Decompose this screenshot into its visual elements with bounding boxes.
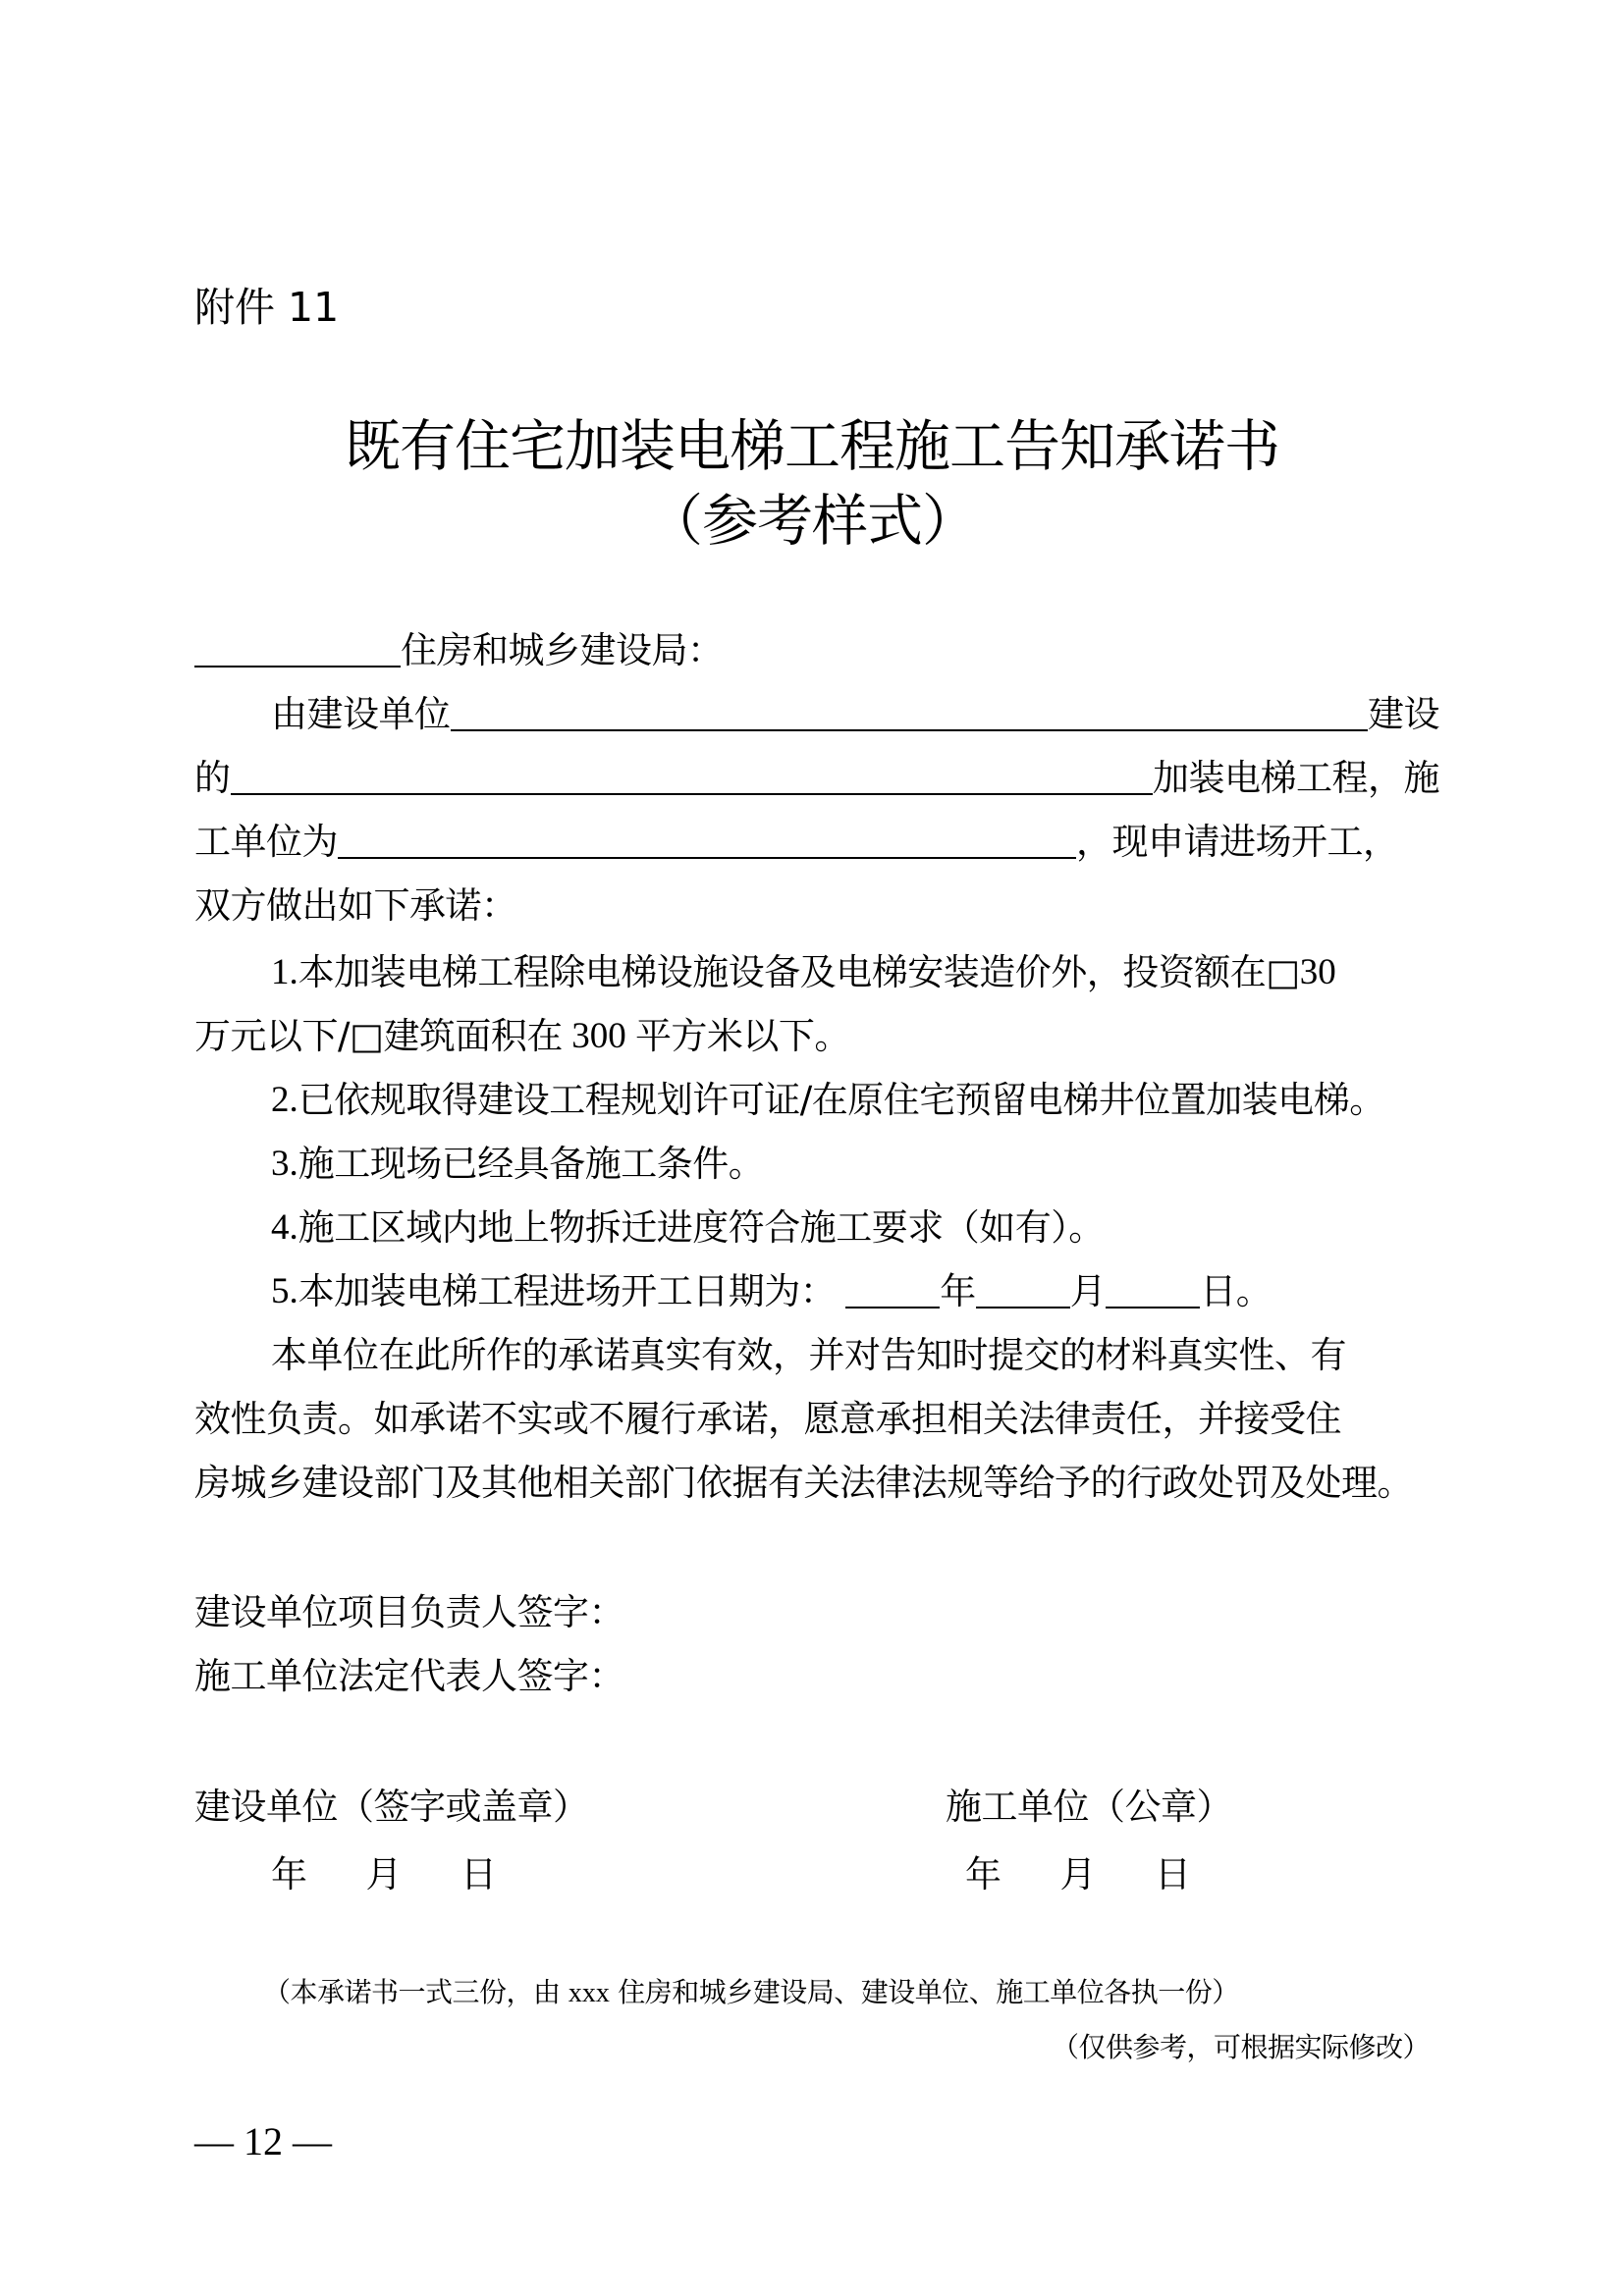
project-name-blank[interactable] [231,758,1154,795]
intro-line-2: 的 加装电梯工程，施 [194,756,1439,801]
commitment-1-line-1: 1. 本加装电梯工程除电梯设施设备及电梯安装造价外，投资额在 □ 30 [194,950,1439,995]
addressee-line: 住房和城乡建设局： [194,628,1439,673]
builder-seal-label: 建设单位（签字或盖章） [194,1785,589,1830]
area-value: 300 [563,1014,635,1059]
commitment-5-text: 本加装电梯工程进场开工日期为： [298,1269,837,1314]
commitment-1-text: 本加装电梯工程除电梯设施设备及电梯安装造价外，投资额在 [298,950,1267,995]
declaration-text-1: 本单位在此所作的承诺真实有效，并对告知时提交的材料真实性、有 [271,1333,1346,1378]
intro-builder-label: 由建设单位 [271,692,451,737]
constructor-date-year: 年 [965,1852,1001,1897]
investment-amount: 30 [1300,950,1336,995]
copies-note-prefix: （本承诺书一式三份，由 [263,1976,568,2008]
intro-build-label: 建设 [1368,692,1439,737]
intro-commit-label: 双方做出如下承诺： [194,883,517,929]
commitment-5-number: 5. [271,1269,298,1314]
builder-name-blank[interactable] [451,694,1369,731]
constructor-date-month: 月 [1060,1852,1097,1897]
declaration-line-3: 房城乡建设部门及其他相关部门依据有关法律法规等给予的行政处罚及处理。 [194,1461,1439,1506]
intro-line-1: 由建设单位 建设 [194,692,1439,737]
commitment-2: 2. 已依规取得建设工程规划许可证/在原住宅预留电梯井位置加装电梯。 [194,1078,1439,1123]
addressee-text: 住房和城乡建设局： [401,628,724,673]
commitment-5: 5. 本加装电梯工程进场开工日期为： 年 月 日。 [194,1269,1439,1314]
constructor-seal-label: 施工单位（公章） [946,1785,1232,1830]
intro-constructor-label: 工单位为 [194,820,338,865]
copies-note-suffix: 住房和城乡建设局、建设单位、施工单位各执一份） [610,1976,1239,2008]
builder-date-year: 年 [271,1852,307,1897]
addressee-blank[interactable] [194,630,401,667]
intro-project-label: 加装电梯工程，施 [1153,756,1439,801]
area-checkbox[interactable]: □ [350,1014,383,1059]
document-title: 既有住宅加装电梯工程施工告知承诺书 [0,412,1624,481]
intro-of-label: 的 [194,756,231,801]
start-year-blank[interactable] [845,1271,940,1308]
commitment-1-line-2: 万元以下/ □ 建筑面积在 300 平方米以下。 [194,1014,1439,1059]
declaration-text-3: 房城乡建设部门及其他相关部门依据有关法律法规等给予的行政处罚及处理。 [194,1461,1413,1506]
builder-rep-signature[interactable]: 建设单位项目负责人签字： [194,1590,1439,1635]
area-unit: 平方米以下。 [635,1014,850,1059]
declaration-line-2: 效性负责。如承诺不实或不履行承诺，愿意承担相关法律责任，并接受住 [194,1397,1439,1442]
declaration-line-1: 本单位在此所作的承诺真实有效，并对告知时提交的材料真实性、有 [194,1333,1439,1378]
investment-checkbox[interactable]: □ [1266,950,1299,995]
constructor-date[interactable]: 年 月 日 [965,1852,1191,1897]
commitment-1-number: 1. [271,950,298,995]
start-month-blank[interactable] [976,1271,1070,1308]
commitment-4-number: 4. [271,1205,298,1251]
copies-note-xxx: xxx [568,1978,610,2008]
document-subtitle: （参考样式） [0,487,1624,556]
constructor-date-day: 日 [1155,1852,1191,1897]
start-day-label: 日。 [1200,1269,1272,1314]
constructor-rep-signature[interactable]: 施工单位法定代表人签字： [194,1654,1439,1699]
attachment-label: 附件 11 [194,283,339,332]
intro-apply-label: ，现申请进场开工， [1076,820,1399,865]
builder-date[interactable]: 年 月 日 [271,1852,497,1897]
builder-date-month: 月 [366,1852,403,1897]
investment-unit: 万元以下/ [194,1014,350,1059]
commitment-2-text: 已依规取得建设工程规划许可证/在原住宅预留电梯井位置加装电梯。 [298,1078,1385,1123]
constructor-seal[interactable]: 施工单位（公章） [946,1785,1232,1830]
declaration-text-2: 效性负责。如承诺不实或不履行承诺，愿意承担相关法律责任，并接受住 [194,1397,1341,1442]
start-month-label: 月 [1070,1269,1107,1314]
builder-seal[interactable]: 建设单位（签字或盖章） [194,1785,589,1830]
commitment-2-number: 2. [271,1078,298,1123]
intro-line-3: 工单位为 ，现申请进场开工， [194,820,1439,865]
area-label: 建筑面积在 [383,1014,563,1059]
commitment-3: 3. 施工现场已经具备施工条件。 [194,1142,1439,1187]
start-day-blank[interactable] [1106,1271,1200,1308]
reference-note: （仅供参考，可根据实际修改） [1052,2030,1430,2065]
commitment-3-text: 施工现场已经具备施工条件。 [298,1142,765,1187]
constructor-name-blank[interactable] [338,822,1076,859]
start-year-label: 年 [940,1269,976,1314]
commitment-4-text: 施工区域内地上物拆迁进度符合施工要求（如有）。 [298,1205,1105,1251]
builder-rep-label: 建设单位项目负责人签字： [194,1590,624,1635]
commitment-3-number: 3. [271,1142,298,1187]
copies-note: （本承诺书一式三份，由 xxx 住房和城乡建设局、建设单位、施工单位各执一份） [263,1975,1239,2011]
page-number: — 12 — [194,2117,332,2166]
commitment-4: 4. 施工区域内地上物拆迁进度符合施工要求（如有）。 [194,1205,1439,1251]
constructor-rep-label: 施工单位法定代表人签字： [194,1654,624,1699]
builder-date-day: 日 [460,1852,497,1897]
intro-line-4: 双方做出如下承诺： [194,883,1439,929]
